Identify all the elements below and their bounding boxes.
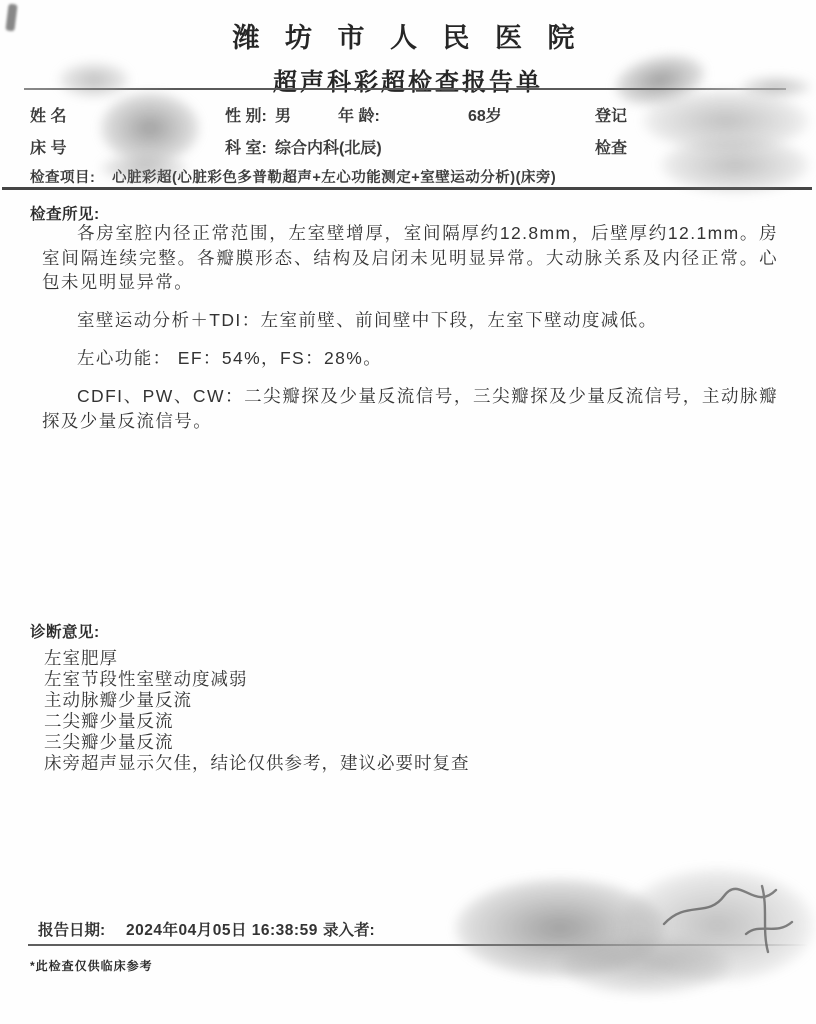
redaction-smudge-examno (660, 136, 810, 194)
disclaimer-note: *此检查仅供临床参考 (30, 957, 153, 974)
redaction-smudge-examitem (100, 154, 188, 182)
diagnosis-list: 左室肥厚 左室节段性室壁动度减弱 主动脉瓣少量反流 二尖瓣少量反流 三尖瓣少量反… (44, 648, 764, 774)
age-value: 68岁 (468, 103, 502, 126)
name-label: 姓 名 (30, 103, 66, 126)
operator-label: 录入者: (323, 918, 375, 940)
hospital-name: 潍 坊 市 人 民 医 院 (0, 16, 816, 55)
report-date-label: 报告日期: (38, 918, 105, 940)
diagnosis-item: 主动脉瓣少量反流 (44, 690, 764, 711)
ultrasound-report-page: 潍 坊 市 人 民 医 院 超声科彩超检查报告单 姓 名 性 别: 男 年 龄:… (0, 0, 816, 1024)
redaction-smudge (58, 62, 130, 98)
findings-paragraph: CDFI、PW、CW：二尖瓣探及少量反流信号，三尖瓣探及少量反流信号，主动脉瓣探… (42, 384, 778, 433)
handwritten-signature (650, 872, 810, 972)
exam-item-label: 检查项目: (30, 166, 95, 187)
report-date-value: 2024年04月05日 16:38:59 (126, 918, 318, 940)
gender-label: 性 别: (225, 103, 267, 126)
diagnosis-section-label: 诊断意见: (30, 620, 100, 642)
exam-no-label: 检查 (595, 135, 627, 158)
gender-value: 男 (275, 103, 291, 126)
diagnosis-item: 三尖瓣少量反流 (44, 732, 764, 753)
findings-body: 各房室腔内径正常范围，左室壁增厚，室间隔厚约12.8mm，后壁厚约12.1mm。… (42, 221, 778, 447)
findings-paragraph: 室壁运动分析＋TDI：左室前壁、前间壁中下段，左室下壁动度减低。 (42, 308, 778, 333)
diagnosis-item: 左室肥厚 (44, 648, 764, 669)
findings-paragraph: 左心功能： EF：54%，FS：28%。 (42, 346, 778, 371)
findings-paragraph: 各房室腔内径正常范围，左室壁增厚，室间隔厚约12.8mm，后壁厚约12.1mm。… (42, 221, 778, 295)
diagnosis-item: 二尖瓣少量反流 (44, 711, 764, 732)
department-label: 科 室: (225, 135, 267, 158)
bed-label: 床 号 (30, 135, 66, 158)
department-value: 综合内科(北辰) (275, 135, 382, 158)
age-label: 年 龄: (338, 103, 380, 126)
diagnosis-item: 左室节段性室壁动度减弱 (44, 669, 764, 690)
diagnosis-item: 床旁超声显示欠佳，结论仅供参考，建议必要时复查 (44, 753, 764, 774)
registration-label: 登记 (595, 103, 627, 126)
